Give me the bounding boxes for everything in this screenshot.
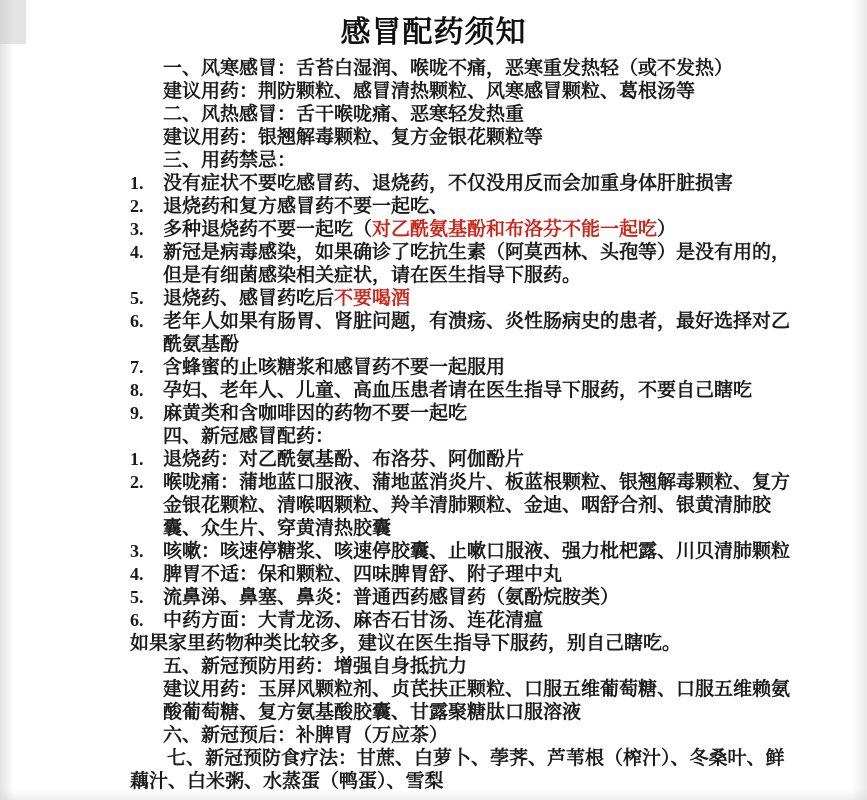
section-5-heading: 五、新冠预防用药：增强自身抵抗力: [163, 655, 793, 678]
emphasis-text: 不要喝酒: [334, 288, 410, 309]
text-segment: 流鼻涕、鼻塞、鼻炎：普通西药感冒药（氨酚烷胺类）: [163, 587, 619, 608]
document-body: 一、风寒感冒：舌苔白湿润、喉咙不痛，恶寒重发热轻（或不发热）建议用药：荆防颗粒、…: [130, 57, 793, 793]
list-item: 5.流鼻涕、鼻塞、鼻炎：普通西药感冒药（氨酚烷胺类）: [130, 586, 793, 609]
section-7-heading: 七、新冠预防食疗法：甘蔗、白萝卜、荸荠、芦苇根（榨汁）、冬桑叶、鲜藕汁、白米粥、…: [130, 747, 793, 793]
list-number: 4.: [130, 241, 163, 287]
list-item: 2.喉咙痛：蒲地蓝口服液、蒲地蓝消炎片、板蓝根颗粒、银翘解毒颗粒、复方金银花颗粒…: [130, 471, 793, 540]
list-number: 3.: [130, 540, 163, 563]
text-segment: 咳嗽：咳速停糖浆、咳速停胶囊、止嗽口服液、强力枇杷露、川贝清肺颗粒: [163, 541, 790, 562]
list-item-text: 新冠是病毒感染，如果确诊了吃抗生素（阿莫西林、头孢等）是没有用的，但是有细菌感染…: [163, 241, 793, 287]
text-segment: 喉咙痛：蒲地蓝口服液、蒲地蓝消炎片、板蓝根颗粒、银翘解毒颗粒、复方金银花颗粒、清…: [163, 472, 790, 539]
advice-note: 如果家里药物种类比较多，建议在医生指导下服药，别自己瞎吃。: [130, 632, 793, 655]
text-segment: 四、新冠感冒配药：: [163, 426, 334, 447]
list-item-text: 咳嗽：咳速停糖浆、咳速停胶囊、止嗽口服液、强力枇杷露、川贝清肺颗粒: [163, 540, 793, 563]
list-item: 3.咳嗽：咳速停糖浆、咳速停胶囊、止嗽口服液、强力枇杷露、川贝清肺颗粒: [130, 540, 793, 563]
list-number: 2.: [130, 195, 163, 218]
page-title: 感冒配药须知: [0, 14, 867, 52]
list-number: 1.: [130, 172, 163, 195]
text-segment: 含蜂蜜的止咳糖浆和感冒药不要一起服用: [163, 357, 505, 378]
list-number: 6.: [130, 609, 163, 632]
list-number: 5.: [130, 287, 163, 310]
photo-edge-left-artifact: [0, 0, 14, 800]
list-number: 1.: [130, 448, 163, 471]
list-item-text: 喉咙痛：蒲地蓝口服液、蒲地蓝消炎片、板蓝根颗粒、银翘解毒颗粒、复方金银花颗粒、清…: [163, 471, 793, 540]
text-segment: 多种退烧药不要一起吃（: [163, 219, 372, 240]
list-number: 5.: [130, 586, 163, 609]
text-segment: 老年人如果有肠胃、肾脏问题，有溃疡、炎性肠病史的患者，最好选择对乙酰氨基酚: [163, 311, 790, 355]
list-item: 4.脾胃不适：保和颗粒、四味脾胃舒、附子理中丸: [130, 563, 793, 586]
text-segment: 二、风热感冒：舌干喉咙痛、恶寒轻发热重: [163, 104, 524, 125]
text-segment: 麻黄类和含咖啡因的药物不要一起吃: [163, 403, 467, 424]
section-1-suggestion: 建议用药：荆防颗粒、感冒清热颗粒、风寒感冒颗粒、葛根汤等: [163, 80, 793, 103]
list-number: 9.: [130, 402, 163, 425]
text-segment: 建议用药：玉屏风颗粒剂、贞芪扶正颗粒、口服五维葡萄糖、口服五维赖氨酸葡萄糖、复方…: [163, 679, 790, 723]
text-segment: 如果家里药物种类比较多，建议在医生指导下服药，别自己瞎吃。: [130, 633, 681, 654]
section-1-heading: 一、风寒感冒：舌苔白湿润、喉咙不痛，恶寒重发热轻（或不发热）: [163, 57, 793, 80]
list-number: 7.: [130, 356, 163, 379]
text-segment: 三、用药禁忌：: [163, 150, 296, 171]
list-item-text: 退烧药、感冒药吃后不要喝酒: [163, 287, 793, 310]
list-item-text: 退烧药和复方感冒药不要一起吃、: [163, 195, 793, 218]
section-2-heading: 二、风热感冒：舌干喉咙痛、恶寒轻发热重: [163, 103, 793, 126]
section-3-heading: 三、用药禁忌：: [163, 149, 793, 172]
list-item-text: 多种退烧药不要一起吃（对乙酰氨基酚和布洛芬不能一起吃）: [163, 218, 793, 241]
list-item-text: 中药方面：大青龙汤、麻杏石甘汤、连花清瘟: [163, 609, 793, 632]
list-item-text: 老年人如果有肠胃、肾脏问题，有溃疡、炎性肠病史的患者，最好选择对乙酰氨基酚: [163, 310, 793, 356]
list-item: 3.多种退烧药不要一起吃（对乙酰氨基酚和布洛芬不能一起吃）: [130, 218, 793, 241]
list-item-text: 麻黄类和含咖啡因的药物不要一起吃: [163, 402, 793, 425]
text-segment: 六、新冠预后：补脾胃（万应茶）: [163, 725, 448, 746]
text-segment: 中药方面：大青龙汤、麻杏石甘汤、连花清瘟: [163, 610, 543, 631]
text-segment: 脾胃不适：保和颗粒、四味脾胃舒、附子理中丸: [163, 564, 562, 585]
list-number: 2.: [130, 471, 163, 540]
text-segment: 没有症状不要吃感冒药、退烧药，不仅没用反而会加重身体肝脏损害: [163, 173, 733, 194]
list-item: 6.中药方面：大青龙汤、麻杏石甘汤、连花清瘟: [130, 609, 793, 632]
list-item: 7.含蜂蜜的止咳糖浆和感冒药不要一起服用: [130, 356, 793, 379]
text-segment: 建议用药：荆防颗粒、感冒清热颗粒、风寒感冒颗粒、葛根汤等: [163, 81, 695, 102]
list-number: 6.: [130, 310, 163, 356]
section-6-heading: 六、新冠预后：补脾胃（万应茶）: [163, 724, 793, 747]
text-segment: 七、新冠预防食疗法：甘蔗、白萝卜、荸荠、芦苇根（榨汁）、冬桑叶、鲜藕汁、白米粥、…: [130, 748, 785, 792]
list-item: 9.麻黄类和含咖啡因的药物不要一起吃: [130, 402, 793, 425]
list-item: 8.孕妇、老年人、儿童、高血压患者请在医生指导下服药，不要自己瞎吃: [130, 379, 793, 402]
section-2-suggestion: 建议用药：银翘解毒颗粒、复方金银花颗粒等: [163, 126, 793, 149]
list-number: 4.: [130, 563, 163, 586]
list-item: 1.退烧药：对乙酰氨基酚、布洛芬、阿伽酚片: [130, 448, 793, 471]
document-page: 感冒配药须知 一、风寒感冒：舌苔白湿润、喉咙不痛，恶寒重发热轻（或不发热）建议用…: [0, 0, 867, 800]
list-item: 2.退烧药和复方感冒药不要一起吃、: [130, 195, 793, 218]
list-item: 1.没有症状不要吃感冒药、退烧药，不仅没用反而会加重身体肝脏损害: [130, 172, 793, 195]
text-segment: ）: [657, 219, 676, 240]
list-number: 8.: [130, 379, 163, 402]
list-item: 5.退烧药、感冒药吃后不要喝酒: [130, 287, 793, 310]
list-item-text: 含蜂蜜的止咳糖浆和感冒药不要一起服用: [163, 356, 793, 379]
emphasis-text: 对乙酰氨基酚和布洛芬不能一起吃: [372, 219, 657, 240]
photo-edge-right-artifact: [851, 0, 867, 800]
list-item-text: 退烧药：对乙酰氨基酚、布洛芬、阿伽酚片: [163, 448, 793, 471]
list-item-text: 孕妇、老年人、儿童、高血压患者请在医生指导下服药，不要自己瞎吃: [163, 379, 793, 402]
list-item: 4.新冠是病毒感染，如果确诊了吃抗生素（阿莫西林、头孢等）是没有用的，但是有细菌…: [130, 241, 793, 287]
text-segment: 建议用药：银翘解毒颗粒、复方金银花颗粒等: [163, 127, 543, 148]
text-segment: 一、风寒感冒：舌苔白湿润、喉咙不痛，恶寒重发热轻（或不发热）: [163, 58, 733, 79]
list-item-text: 脾胃不适：保和颗粒、四味脾胃舒、附子理中丸: [163, 563, 793, 586]
text-segment: 五、新冠预防用药：增强自身抵抗力: [163, 656, 467, 677]
section-4-heading: 四、新冠感冒配药：: [163, 425, 793, 448]
list-number: 3.: [130, 218, 163, 241]
text-segment: 孕妇、老年人、儿童、高血压患者请在医生指导下服药，不要自己瞎吃: [163, 380, 752, 401]
text-segment: 退烧药：对乙酰氨基酚、布洛芬、阿伽酚片: [163, 449, 524, 470]
list-item-text: 流鼻涕、鼻塞、鼻炎：普通西药感冒药（氨酚烷胺类）: [163, 586, 793, 609]
list-item: 6.老年人如果有肠胃、肾脏问题，有溃疡、炎性肠病史的患者，最好选择对乙酰氨基酚: [130, 310, 793, 356]
text-segment: 新冠是病毒感染，如果确诊了吃抗生素（阿莫西林、头孢等）是没有用的，但是有细菌感染…: [163, 242, 790, 286]
section-5-suggestion: 建议用药：玉屏风颗粒剂、贞芪扶正颗粒、口服五维葡萄糖、口服五维赖氨酸葡萄糖、复方…: [163, 678, 793, 724]
text-segment: 退烧药、感冒药吃后: [163, 288, 334, 309]
text-segment: 退烧药和复方感冒药不要一起吃、: [163, 196, 448, 217]
list-item-text: 没有症状不要吃感冒药、退烧药，不仅没用反而会加重身体肝脏损害: [163, 172, 793, 195]
